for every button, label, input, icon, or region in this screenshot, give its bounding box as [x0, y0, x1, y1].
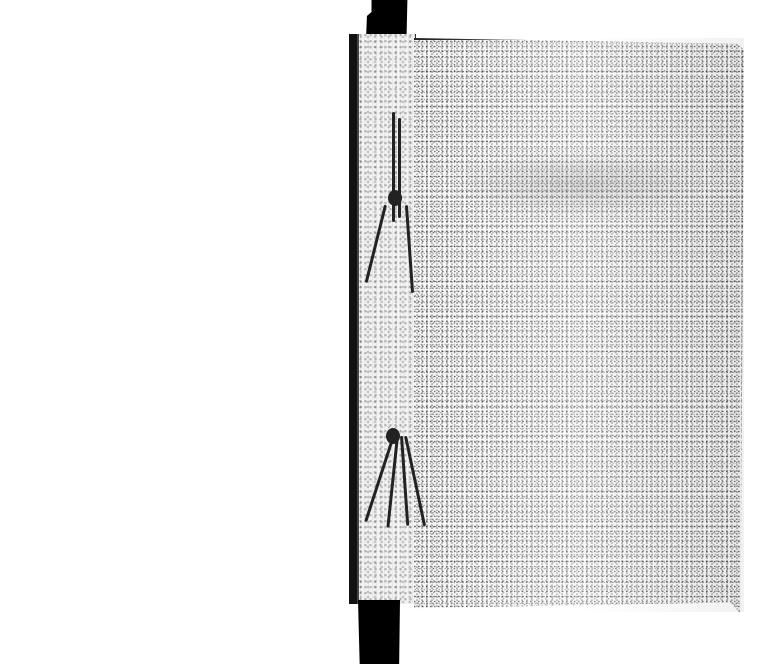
cover-shading — [414, 38, 744, 612]
upper-tie-knot — [388, 190, 402, 206]
blank-left-page — [0, 0, 345, 664]
scan-stage — [0, 0, 768, 664]
spine-edge — [349, 34, 357, 604]
faint-handwriting — [450, 150, 710, 220]
bottom-strap — [358, 600, 400, 664]
